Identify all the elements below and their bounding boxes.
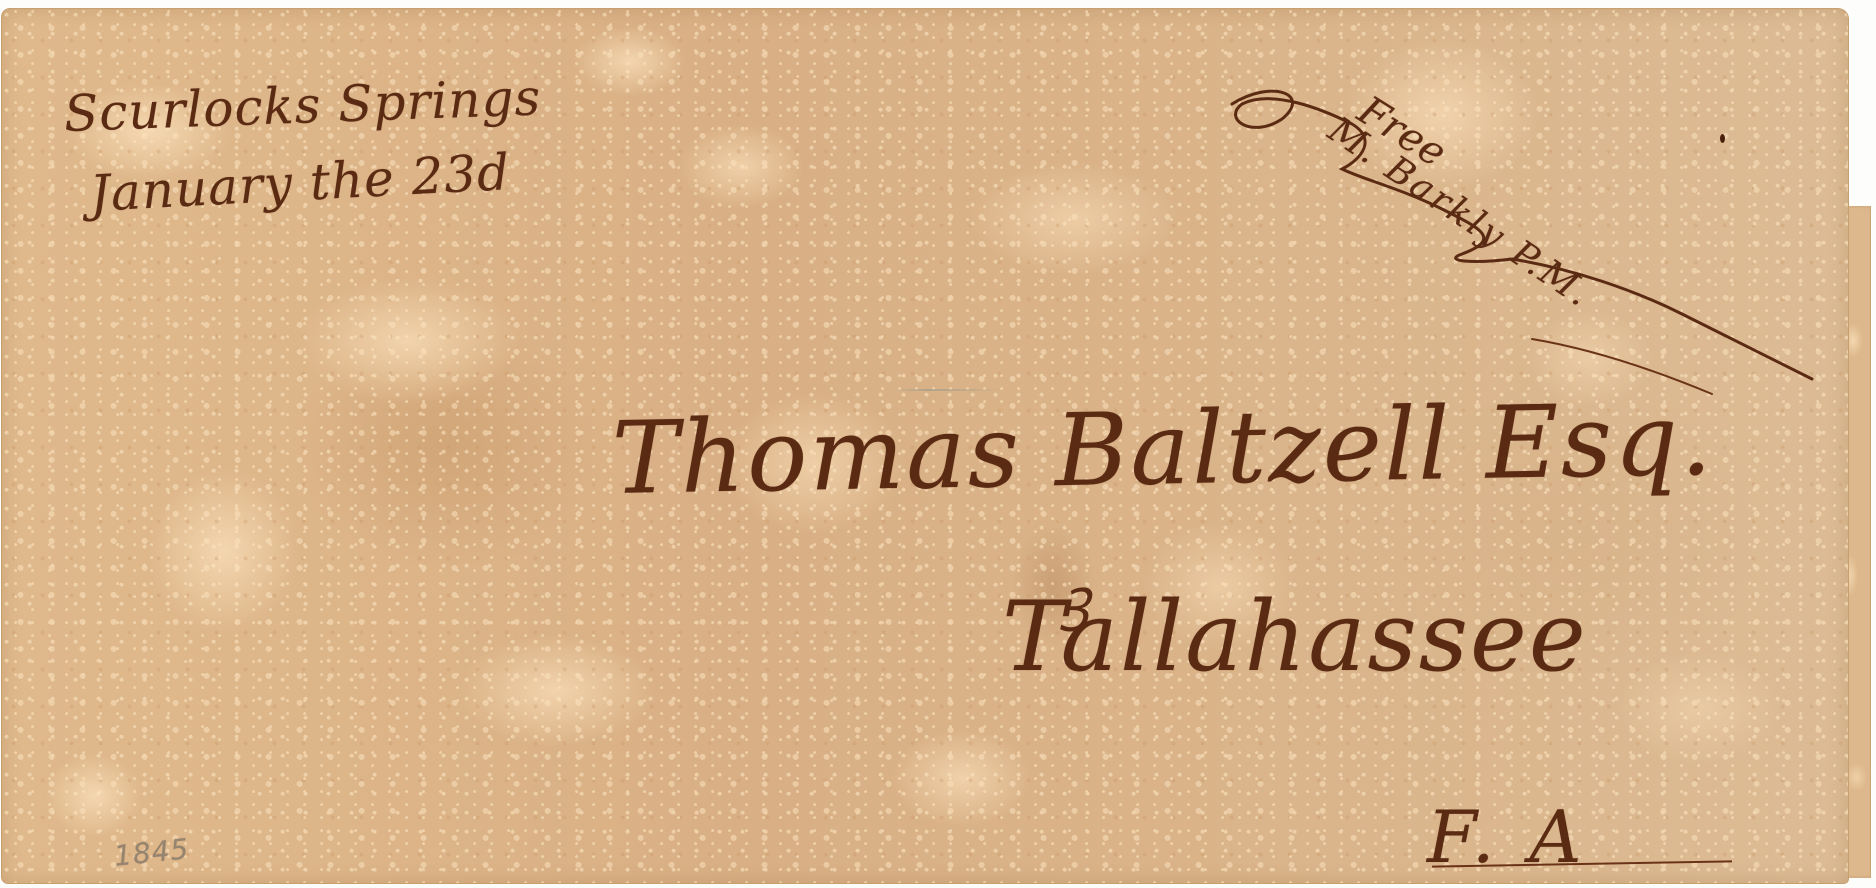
fold-crease (892, 389, 1002, 391)
recipient-name: Thomas Baltzell Esq. (611, 390, 1714, 509)
recipient-state: F. A (1427, 801, 1588, 873)
origin-place: Scurlocks Springs (63, 72, 542, 139)
pencil-year-notation: 1845 (113, 835, 191, 871)
free-frank: Free M. Barkly P.M. (1212, 49, 1852, 429)
document-scan: Scurlocks Springs January the 23d Free M… (0, 0, 1876, 888)
letter-cover: Scurlocks Springs January the 23d Free M… (2, 9, 1848, 883)
ink-blot (1720, 134, 1725, 143)
origin-date: January the 23d (89, 147, 512, 219)
recipient-city: Tallahassee (1002, 589, 1588, 685)
